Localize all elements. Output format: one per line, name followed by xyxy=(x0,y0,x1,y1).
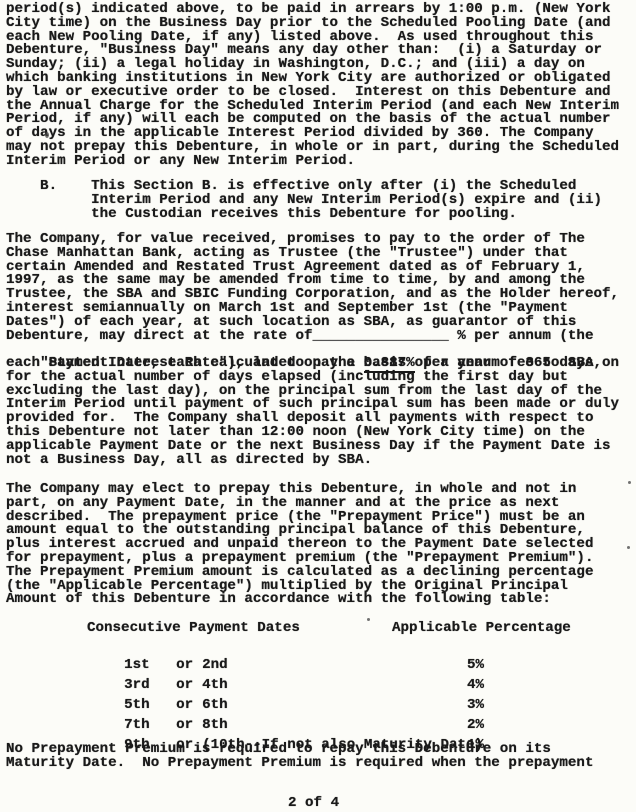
table-header-consecutive-payment-dates: Consecutive Payment Dates xyxy=(87,622,300,636)
paragraph-prepayment-terms: The Company may elect to prepay this Deb… xyxy=(6,483,593,607)
scan-artifact xyxy=(628,481,631,484)
section-b-clause: B. This Section B. is effective only aft… xyxy=(6,180,602,221)
document-page: period(s) indicated above, to be paid in… xyxy=(0,0,636,812)
paragraph-promise-to-pay-part2: each Payment Date, each calculated on th… xyxy=(6,357,619,467)
prepayment-table-header: Consecutive Payment Dates Applicable Per… xyxy=(0,622,636,636)
table-row: 7thor8th2% xyxy=(90,705,636,719)
paragraph-no-premium: No Prepayment Premium is required to rep… xyxy=(6,743,593,771)
page-number: 2 of 4 xyxy=(288,797,339,811)
table-header-applicable-percentage: Applicable Percentage xyxy=(392,622,571,636)
scan-artifact xyxy=(627,546,630,549)
paragraph-promise-to-pay-part1: The Company, for value received, promise… xyxy=(6,233,619,343)
paragraph-interest-terms: period(s) indicated above, to be paid in… xyxy=(6,3,619,169)
scan-artifact xyxy=(367,618,370,621)
table-row: 9thor(10th--If not also Maturity Date)1% xyxy=(90,725,636,739)
scan-artifact xyxy=(45,132,49,138)
table-row: 1stor2nd5% xyxy=(90,645,636,659)
table-row: 5thor6th3% xyxy=(90,685,636,699)
table-row: 3rdor4th4% xyxy=(90,665,636,679)
